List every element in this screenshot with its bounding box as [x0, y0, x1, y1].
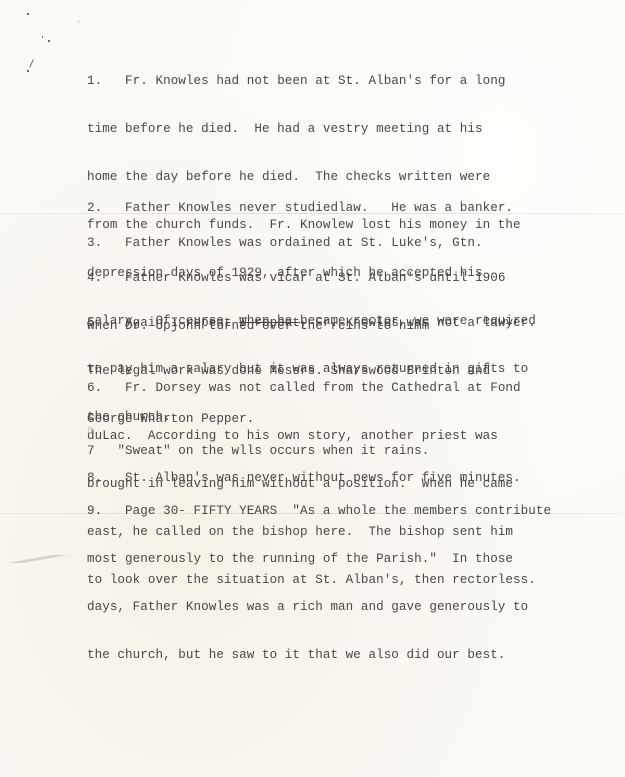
item-text-line: time before he died. He had a vestry mee… — [87, 121, 536, 137]
item-number: 6. — [87, 381, 102, 395]
paper-page: 1. Fr. Knowles had not been at St. Alban… — [0, 0, 625, 777]
ink-speck — [27, 13, 29, 15]
item-text-line: Page 30- FIFTY YEARS "As a whole the mem… — [125, 504, 551, 518]
item-9: 9. Page 30- FIFTY YEARS "As a whole the … — [87, 471, 551, 695]
item-number: 5. — [87, 316, 102, 330]
ink-speck — [48, 40, 50, 42]
item-text-segment: Again I repeat — [125, 316, 239, 330]
ink-speck — [78, 21, 79, 22]
ink-speck — [42, 36, 43, 38]
struck-out-text: I-repeat — [239, 316, 300, 330]
item-text-line: Fr. Dorsey was not called from the Cathe… — [125, 381, 521, 395]
item-text-line: the church, but he saw to it that we als… — [87, 647, 551, 663]
pencil-tick-mark — [29, 59, 34, 68]
item-text-line: Fr. Knowles had not been at St. Alban's … — [125, 74, 505, 88]
ink-speck — [27, 70, 29, 72]
item-text-segment: , Fr. Knowles was not a lawyer. — [300, 316, 536, 330]
item-number: 1. — [87, 74, 102, 88]
stray-typed-number: 8 — [87, 427, 93, 437]
item-number: 9. — [87, 504, 102, 518]
item-text-line: days, Father Knowles was a rich man and … — [87, 599, 551, 615]
item-text-line: most generously to the running of the Pa… — [87, 551, 551, 567]
paper-crease — [0, 555, 75, 563]
